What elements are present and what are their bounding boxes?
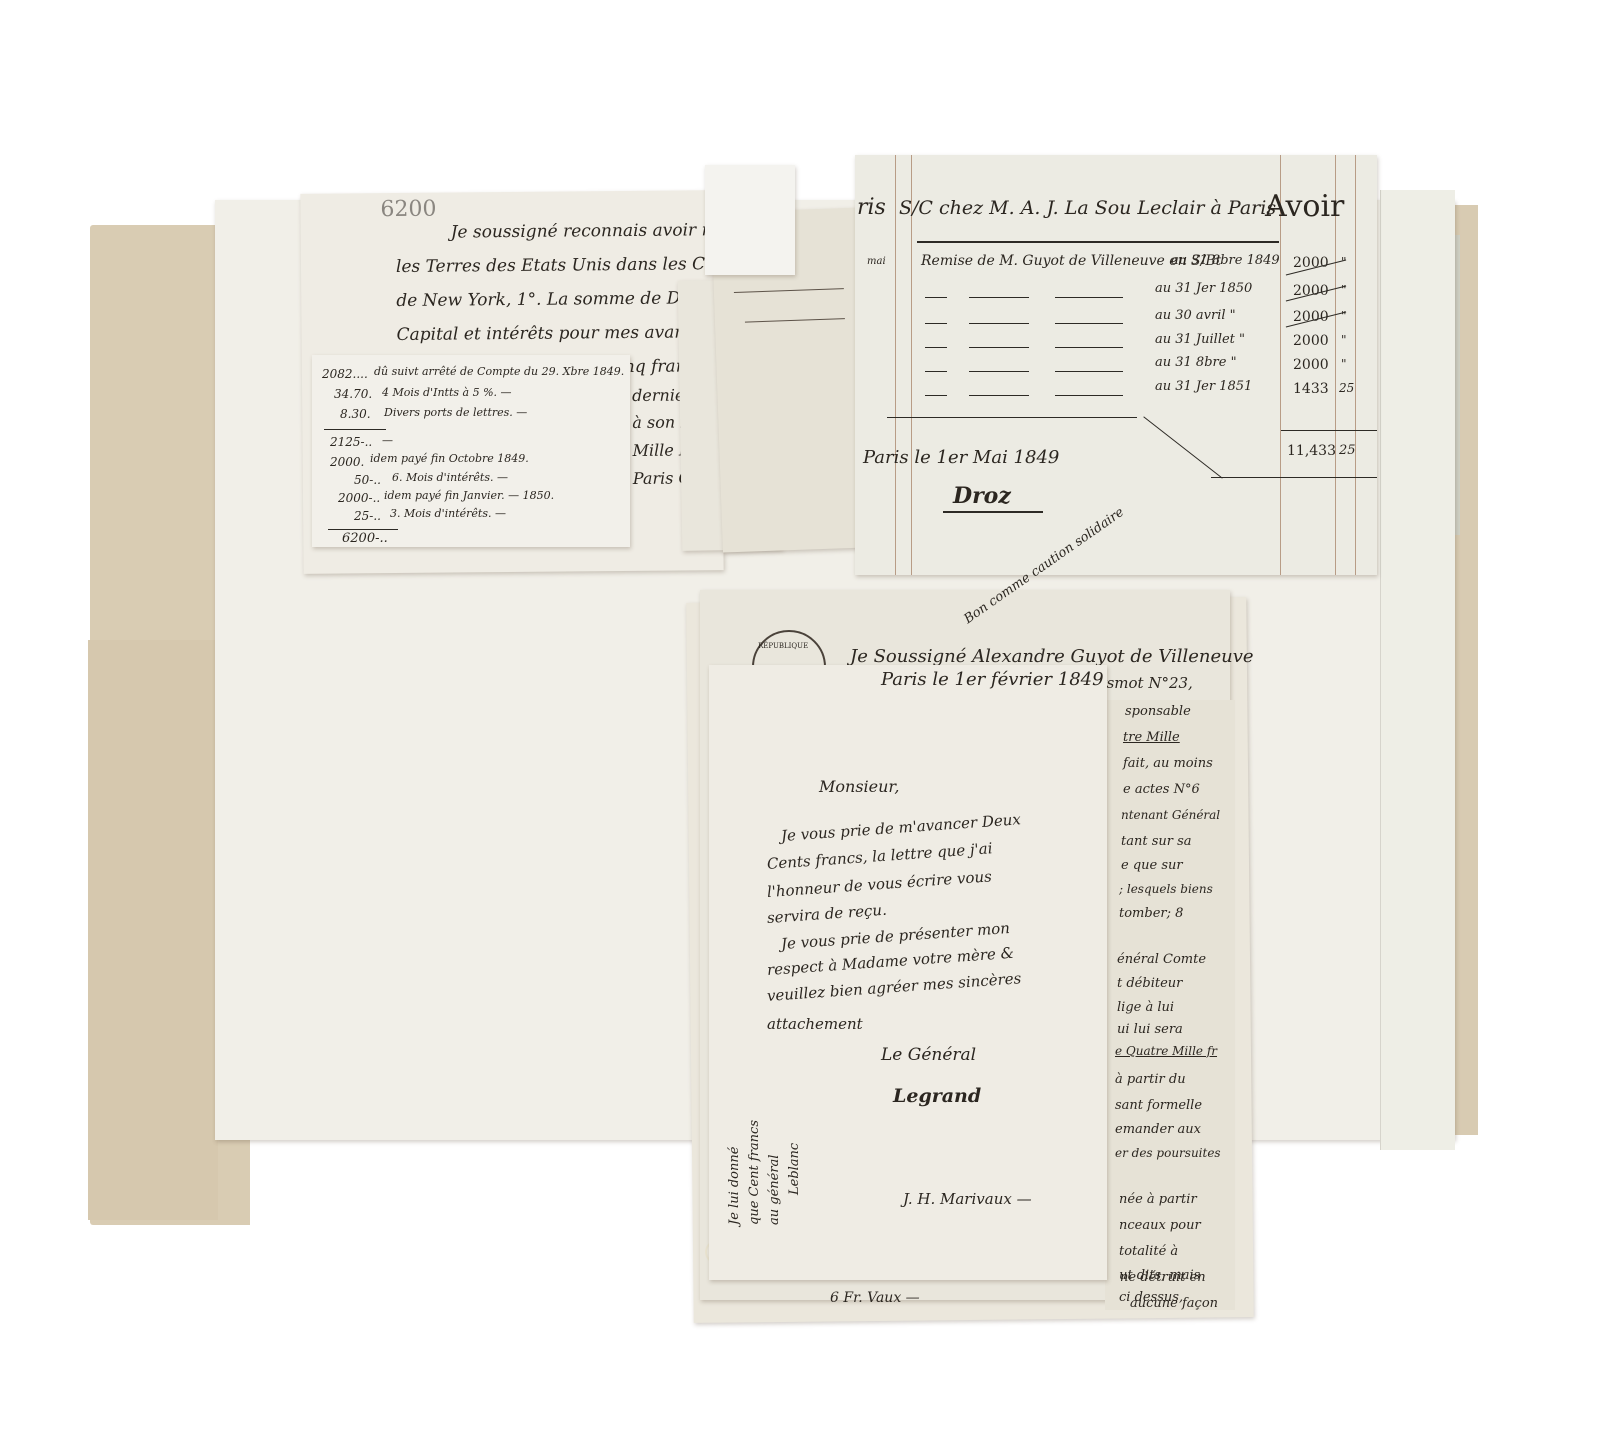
ledger-due: au 31 8bre 1849 [1171,253,1280,268]
letter-body-line: l'honneur de vous écrire vous [766,867,992,901]
account-amount: 34.70. [334,387,372,401]
annotation-line: que Cent francs [747,1120,762,1225]
account-total: 6200-.. [342,531,388,546]
envelope-scribble [734,288,844,293]
obligation-fragment: e actes N°6 [1123,782,1200,797]
obligation-line: Je Soussigné Alexandre Guyot de Villeneu… [850,646,1254,667]
account-divider [328,529,398,530]
letter: Paris le 1er février 1849 Monsieur, Je v… [709,665,1107,1280]
ledger-total-rule [1211,477,1377,478]
ledger-header: S/C chez M. A. J. La Sou Leclair à Paris [899,197,1276,219]
signature-flourish [943,511,1043,513]
ledger-due: au 31 8bre " [1155,355,1237,370]
ledger-rule [1355,155,1356,575]
obligation-fragment: ne détruit en [1120,1270,1206,1285]
ledger-dash [969,323,1029,324]
ledger-dash [925,323,947,324]
ledger-amount: 1433 [1293,381,1329,397]
ledger-signature: Droz [953,483,1011,509]
obligation-fragment: totalité à [1119,1244,1178,1259]
letter-signature: Legrand [893,1085,981,1107]
ledger-left-fragment: ris [857,195,886,220]
account-amount: 25-.. [354,509,381,523]
obligation-fragment: ; lesquels biens [1119,882,1213,896]
account-amount: 8.30. [340,407,371,421]
ledger-total-cents: 25 [1339,443,1356,458]
obligation-fragment: tant sur sa [1121,834,1192,849]
bottom-fragment: 6 Fr. Vaux — [830,1290,920,1306]
letter-body-line: servira de reçu. [766,901,887,927]
obligation-fragment: aucune façon [1130,1296,1218,1311]
ledger-dash [969,347,1029,348]
ledger-dash [1055,297,1123,298]
obligation-fragment: ntenant Général [1121,808,1220,822]
obligation-fragment: t débiteur [1117,976,1182,991]
obligation-fragment: à partir du [1115,1072,1186,1087]
letter-dateline: Paris le 1er février 1849 [881,669,1104,690]
letter-salutation: Monsieur, [819,777,899,796]
account-text: — [382,434,393,447]
ledger-rule [895,155,896,575]
ledger-dash [969,371,1029,372]
letter-annotation: Je lui donné que Cent francs au général … [727,1045,827,1165]
account-amount: 2082.... [322,367,368,381]
obligation-right-strip: sponsable tre Mille fait, au moins e act… [1105,700,1235,1310]
ledger-total-rule [887,417,1137,418]
account-text: idem payé fin Octobre 1849. [370,452,529,465]
pencil-total: 6200 [380,197,436,222]
seal-text: RÉPUBLIQUE [758,642,808,650]
obligation-fragment: lige à lui [1117,1000,1174,1015]
ledger-due: au 30 avril " [1155,308,1236,323]
obligation-fragment: ui lui sera [1117,1022,1183,1037]
account-amount: 2000-.. [338,491,380,505]
obligation-fragment: emander aux [1115,1122,1201,1137]
obligation-fragment: sant formelle [1115,1098,1202,1113]
letter-body-line: attachement [767,1015,863,1033]
annotation-line: au général [767,1155,782,1225]
ledger-dash [1055,395,1123,396]
ledger-dash [925,371,947,372]
annotation-line: Leblanc [787,1143,802,1195]
obligation-fragment: tre Mille [1123,730,1180,745]
ledger-dash [969,297,1029,298]
ledger-cents: " [1341,357,1347,371]
obligation-fragment: fait, au moins [1123,756,1213,771]
ledger-dash [925,347,947,348]
letter-closing: Le Général [881,1045,976,1065]
account-amount: 50-.. [354,473,381,487]
ledger-amount: 2000 [1293,333,1329,349]
account-amount: 2000. [330,455,364,469]
ledger-column-title: Avoir [1265,189,1344,224]
account-text: Divers ports de lettres. — [384,406,527,419]
ledger-amount: 2000 [1293,357,1329,373]
letter-body-line: Cents francs, la lettre que j'ai [766,839,993,873]
ledger-margin-note: mai [867,256,886,267]
ledger-header-rule [917,241,1279,243]
envelope-scribble [745,318,845,322]
ledger-dash [1055,371,1123,372]
account-text: 3. Mois d'intérêts. — [390,507,506,520]
ledger-dash [1055,323,1123,324]
obligation-fragment: née à partir [1119,1192,1197,1207]
obligation-fragment: sponsable [1125,704,1191,719]
obligation-fragment: nceaux pour [1119,1218,1201,1233]
ledger-total-diagonal [1143,416,1222,478]
account-text: idem payé fin Janvier. — 1850. [384,489,554,502]
ledger-cents: 25 [1339,381,1354,395]
obligation-fragment: tomber; 8 [1119,906,1183,921]
ledger-total-amount: 11,433 [1287,443,1336,459]
ledger-dash [925,395,947,396]
account-note: 2082.... dû suivt arrêté de Compte du 29… [312,355,630,547]
obligation-fragment: e Quatre Mille fr [1115,1044,1217,1058]
small-card [705,165,795,275]
letter-addressee: J. H. Marivaux — [903,1190,1032,1208]
ledger-dash [925,297,947,298]
background-sheet-right-edge [1380,190,1455,1150]
obligation-fragment: er des poursuites [1115,1146,1221,1160]
account-text: dû suivt arrêté de Compte du 29. Xbre 18… [374,365,624,378]
ledger-due: au 31 Juillet " [1155,332,1245,347]
account-text: 4 Mois d'Intts à 5 %. — [382,386,512,399]
ledger-dash [969,395,1029,396]
ledger-total-rule [1281,430,1377,431]
ledger-place-date: Paris le 1er Mai 1849 [863,447,1059,468]
annotation-line: Je lui donné [727,1147,742,1225]
account-divider [324,429,386,430]
ledger-dash [1055,347,1123,348]
ledger-due: au 31 Jer 1851 [1155,379,1252,394]
ledger-cents: " [1341,333,1347,347]
folder-left-flap [88,640,218,1220]
ledger-due: au 31 Jer 1850 [1155,281,1252,296]
ledger-cents: " [1341,255,1347,269]
obligation-fragment: énéral Comte [1117,952,1206,967]
account-text: 6. Mois d'intérêts. — [392,471,508,484]
obligation-fragment: e que sur [1121,858,1183,873]
account-amount: 2125-.. [330,435,372,449]
